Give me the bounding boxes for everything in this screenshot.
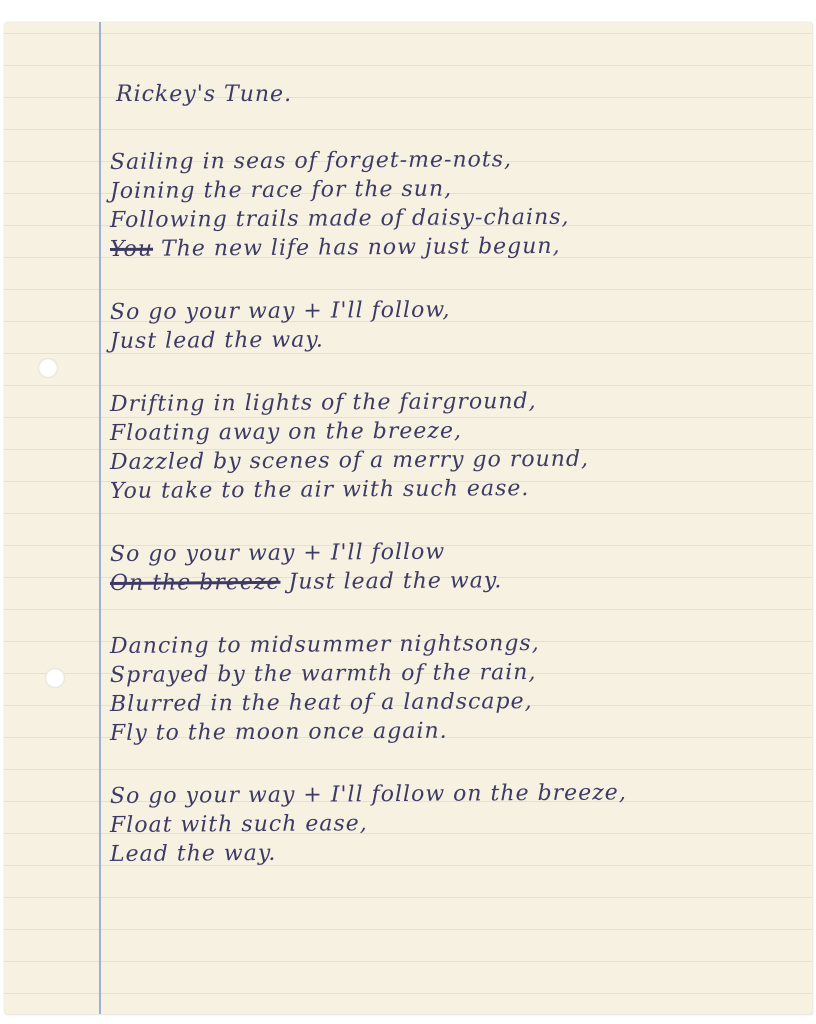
lyric-line: Sailing in seas of forget-me-nots, bbox=[110, 143, 790, 177]
chorus-1: So go your way + I'll follow, Just lead … bbox=[110, 298, 790, 356]
song-title: Rickey's Tune. bbox=[116, 80, 790, 110]
handwritten-lyrics: Rickey's Tune. Sailing in seas of forget… bbox=[110, 80, 790, 903]
lyric-line: You take to the air with such ease. bbox=[110, 472, 790, 506]
lyric-line: Sprayed by the warmth of the rain, bbox=[110, 656, 790, 690]
punch-hole-bottom bbox=[45, 668, 65, 688]
final-chorus: So go your way + I'll follow on the bree… bbox=[110, 782, 790, 869]
verse-3: Dancing to midsummer nightsongs, Sprayed… bbox=[110, 632, 790, 748]
crossed-out-words: On the breeze bbox=[110, 570, 281, 596]
lyric-line: On the breeze Just lead the way. bbox=[110, 564, 790, 598]
verse-1: Sailing in seas of forget-me-nots, Joini… bbox=[110, 148, 790, 264]
lyric-line: So go your way + I'll follow on the bree… bbox=[110, 777, 790, 811]
lyric-line-text: The new life has now just begun, bbox=[153, 234, 561, 262]
lyric-line: Drifting in lights of the fairground, bbox=[110, 385, 790, 419]
lyric-line-text: Just lead the way. bbox=[280, 568, 502, 595]
lyric-line: Dancing to midsummer nightsongs, bbox=[110, 627, 790, 661]
lyric-line: Dazzled by scenes of a merry go round, bbox=[110, 443, 790, 477]
lyric-line: Floating away on the breeze, bbox=[110, 414, 790, 448]
lyric-line: Blurred in the heat of a landscape, bbox=[110, 685, 790, 719]
crossed-out-word: You bbox=[110, 237, 153, 262]
lyric-line: You The new life has now just begun, bbox=[110, 230, 790, 264]
lyric-line: Fly to the moon once again. bbox=[110, 714, 790, 748]
punch-hole-top bbox=[38, 358, 58, 378]
lyric-line: Lead the way. bbox=[110, 835, 790, 869]
lyric-line: Following trails made of daisy-chains, bbox=[110, 201, 790, 235]
lyric-line: Joining the race for the sun, bbox=[110, 172, 790, 206]
lyric-line: Float with such ease, bbox=[110, 806, 790, 840]
lyric-line: So go your way + I'll follow bbox=[110, 535, 790, 569]
lyric-line: So go your way + I'll follow, bbox=[110, 293, 790, 327]
verse-2: Drifting in lights of the fairground, Fl… bbox=[110, 390, 790, 506]
chorus-2: So go your way + I'll follow On the bree… bbox=[110, 540, 790, 598]
lyric-line: Just lead the way. bbox=[110, 322, 790, 356]
margin-rule-line bbox=[99, 22, 101, 1014]
